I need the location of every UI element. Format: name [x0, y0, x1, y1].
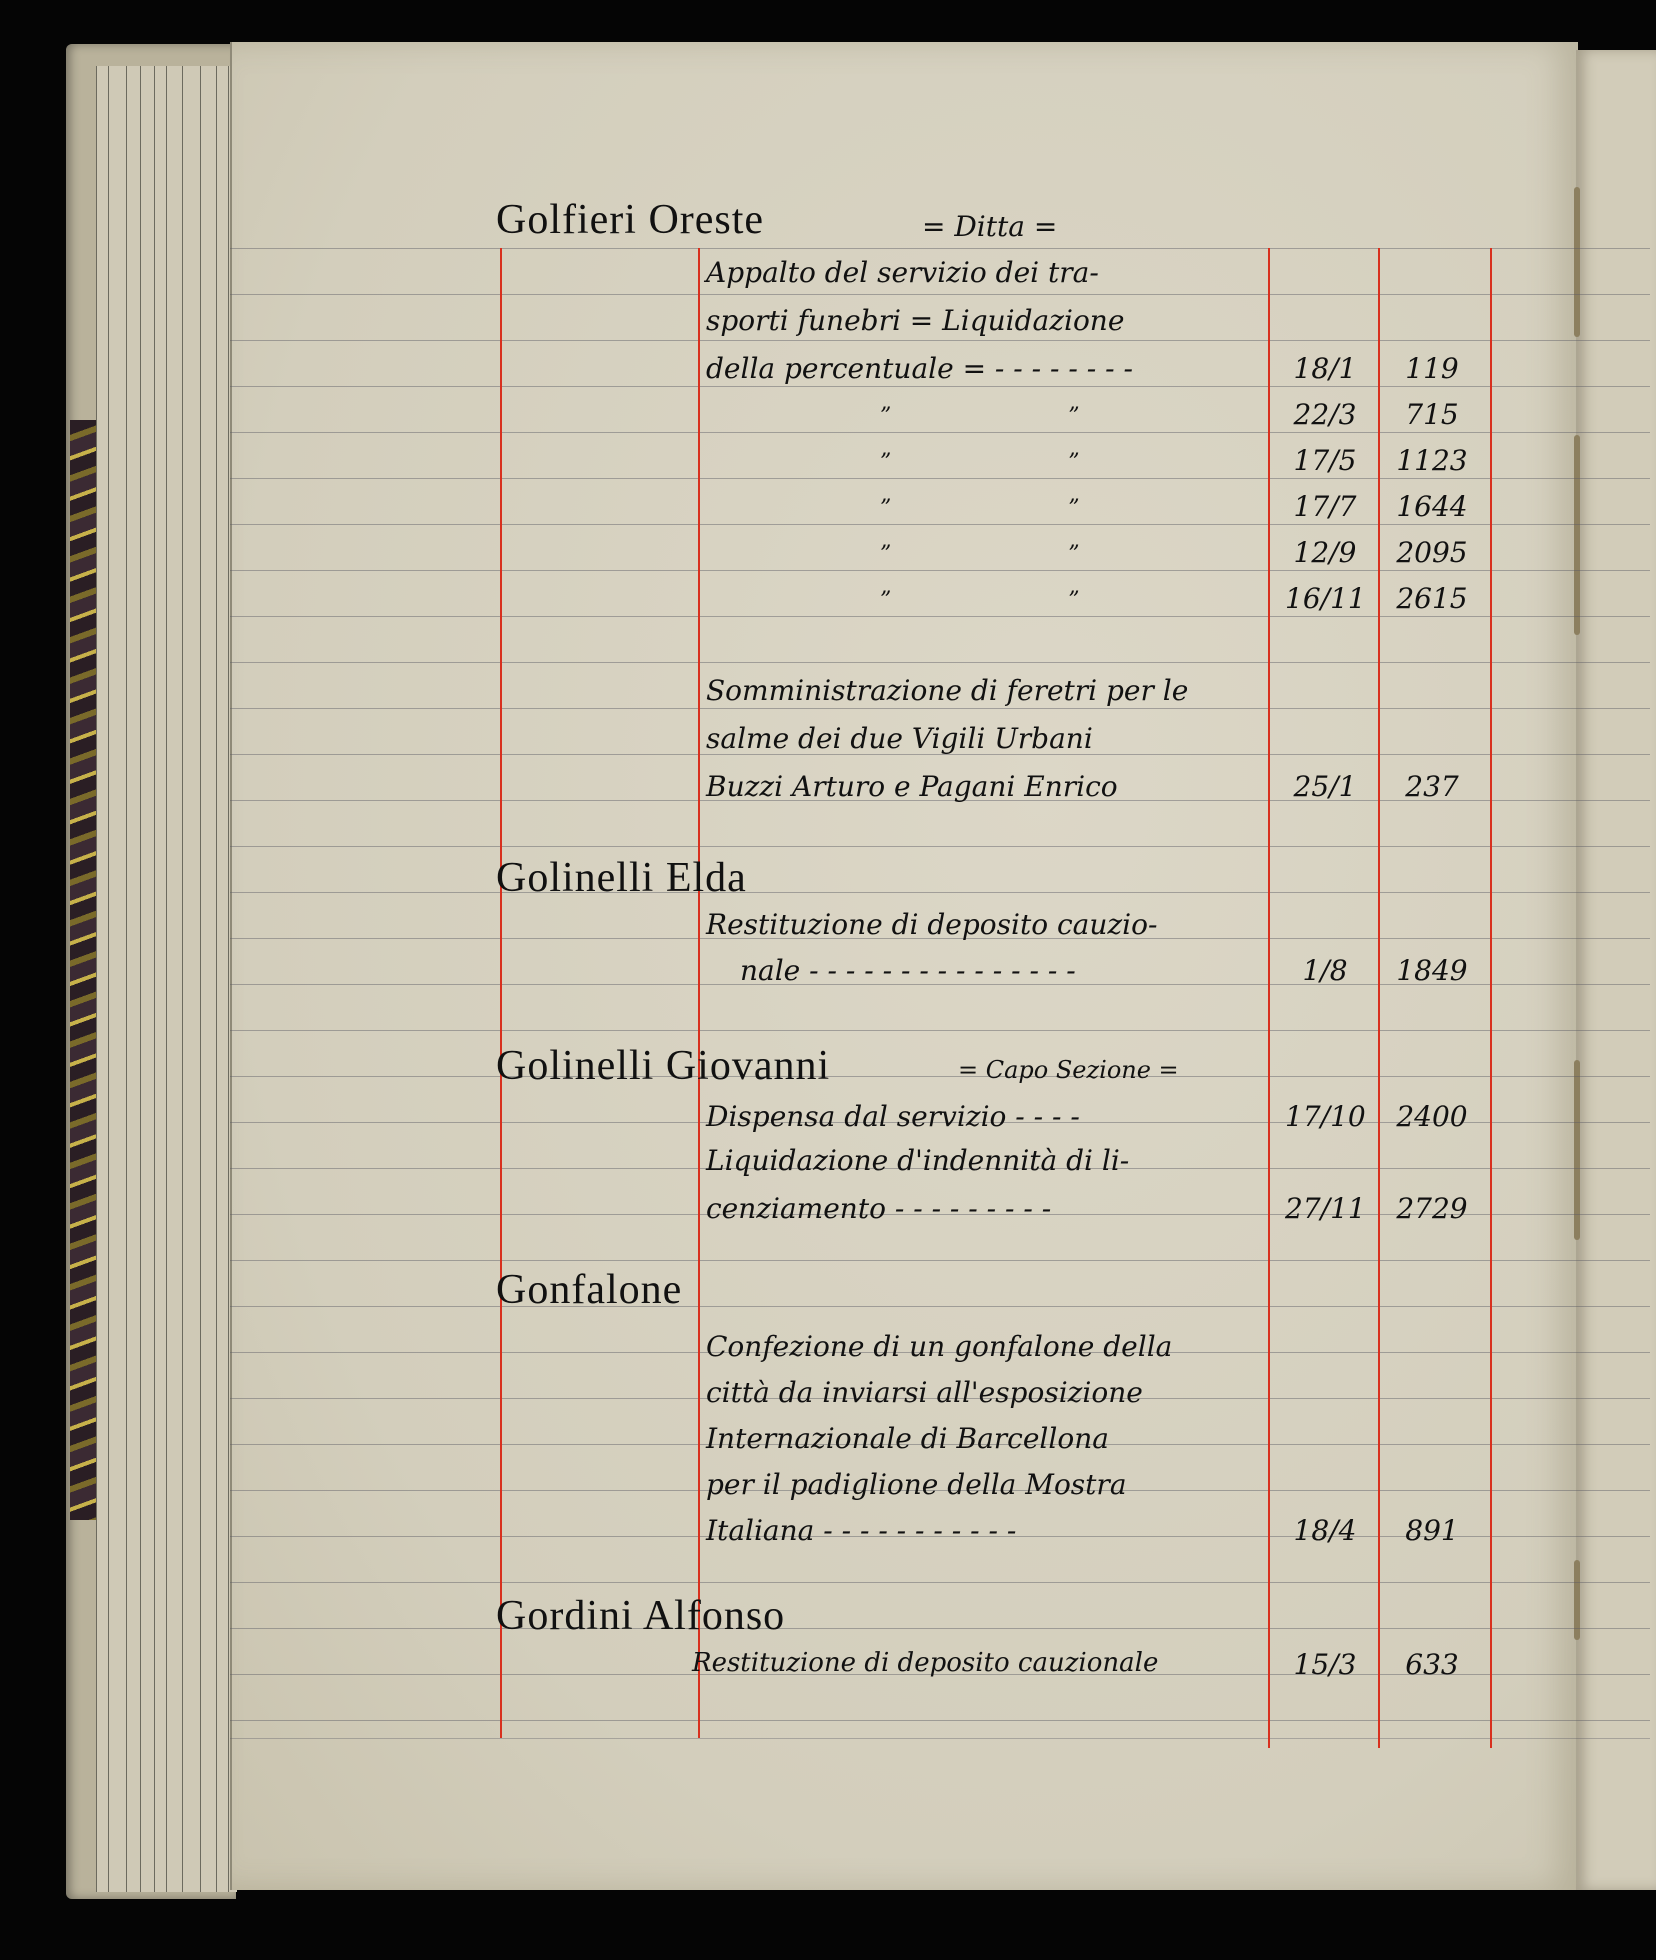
description-line: Confezione di un gonfalone della: [706, 1330, 1172, 1363]
description-line: Internazionale di Barcellona: [706, 1422, 1109, 1455]
description-line: città da inviarsi all'esposizione: [706, 1376, 1143, 1409]
entry-date: 27/11: [1285, 1192, 1365, 1225]
entry-number: 891: [1392, 1514, 1472, 1547]
entry-date: 22/3: [1285, 398, 1365, 431]
entry-number: 2400: [1392, 1100, 1472, 1133]
entry-date: 18/4: [1285, 1514, 1365, 1547]
entry-date: 18/1: [1285, 352, 1365, 385]
column-rule-number: [1490, 248, 1492, 1748]
ditto-marks: ” ”: [880, 496, 1080, 521]
entry-number: 1123: [1392, 444, 1472, 477]
binding-stitch: [1574, 1060, 1580, 1240]
entry-date: 17/7: [1285, 490, 1365, 523]
entry-heading: Golfieri Oreste: [496, 196, 764, 244]
description-line: Restituzione di deposito cauzionale: [692, 1648, 1158, 1678]
column-rule-description: [1268, 248, 1270, 1748]
binding-stitch: [1574, 435, 1580, 635]
entry-qualifier: = Capo Sezione =: [958, 1056, 1179, 1084]
description-line: cenziamento - - - - - - - - -: [706, 1192, 1051, 1225]
description-line: sporti funebri = Liquidazione: [706, 304, 1124, 337]
description-line: della percentuale = - - - - - - - -: [706, 352, 1133, 385]
description-line: Italiana - - - - - - - - - - -: [706, 1514, 1016, 1547]
entry-number: 2729: [1392, 1192, 1472, 1225]
description-line: Dispensa dal servizio - - - -: [706, 1100, 1080, 1133]
column-rule-date: [1378, 248, 1380, 1748]
description-line: Appalto del servizio dei tra-: [706, 256, 1099, 289]
page-stack-edges: [96, 66, 236, 1892]
entry-heading: Gonfalone: [496, 1266, 682, 1314]
entry-number: 1644: [1392, 490, 1472, 523]
entry-heading: Golinelli Giovanni: [496, 1042, 830, 1090]
entry-number: 237: [1392, 770, 1472, 803]
description-line: per il padiglione della Mostra: [706, 1468, 1127, 1501]
entry-date: 17/5: [1285, 444, 1365, 477]
entry-date: 17/10: [1285, 1100, 1365, 1133]
entry-date: 12/9: [1285, 536, 1365, 569]
entry-number: 633: [1392, 1648, 1472, 1681]
entry-date: 15/3: [1285, 1648, 1365, 1681]
marbled-cover: [70, 420, 96, 1520]
entry-date: 1/8: [1285, 954, 1365, 987]
entry-number: 1849: [1392, 954, 1472, 987]
ditto-marks: ” ”: [880, 588, 1080, 613]
column-rule-left-margin: [500, 248, 502, 1738]
column-rule-name: [698, 248, 700, 1738]
entry-date: 25/1: [1285, 770, 1365, 803]
entry-number: 119: [1392, 352, 1472, 385]
ditto-marks: ” ”: [880, 542, 1080, 567]
description-line: Buzzi Arturo e Pagani Enrico: [706, 770, 1118, 803]
facing-page-edge: [1576, 50, 1656, 1890]
description-line: Liquidazione d'indennità di li-: [706, 1144, 1129, 1177]
binding-stitch: [1574, 187, 1580, 337]
entry-heading: Gordini Alfonso: [496, 1592, 785, 1640]
description-line: nale - - - - - - - - - - - - - - -: [740, 954, 1076, 987]
entry-qualifier: = Ditta =: [922, 210, 1057, 243]
description-line: Restituzione di deposito cauzio-: [706, 908, 1157, 941]
ditto-marks: ” ”: [880, 450, 1080, 475]
entry-heading: Golinelli Elda: [496, 854, 747, 902]
entry-number: 2615: [1392, 582, 1472, 615]
description-line: salme dei due Vigili Urbani: [706, 722, 1093, 755]
entry-number: 715: [1392, 398, 1472, 431]
entry-date: 16/11: [1285, 582, 1365, 615]
entry-number: 2095: [1392, 536, 1472, 569]
description-line: Somministrazione di feretri per le: [706, 674, 1188, 707]
ditto-marks: ” ”: [880, 404, 1080, 429]
